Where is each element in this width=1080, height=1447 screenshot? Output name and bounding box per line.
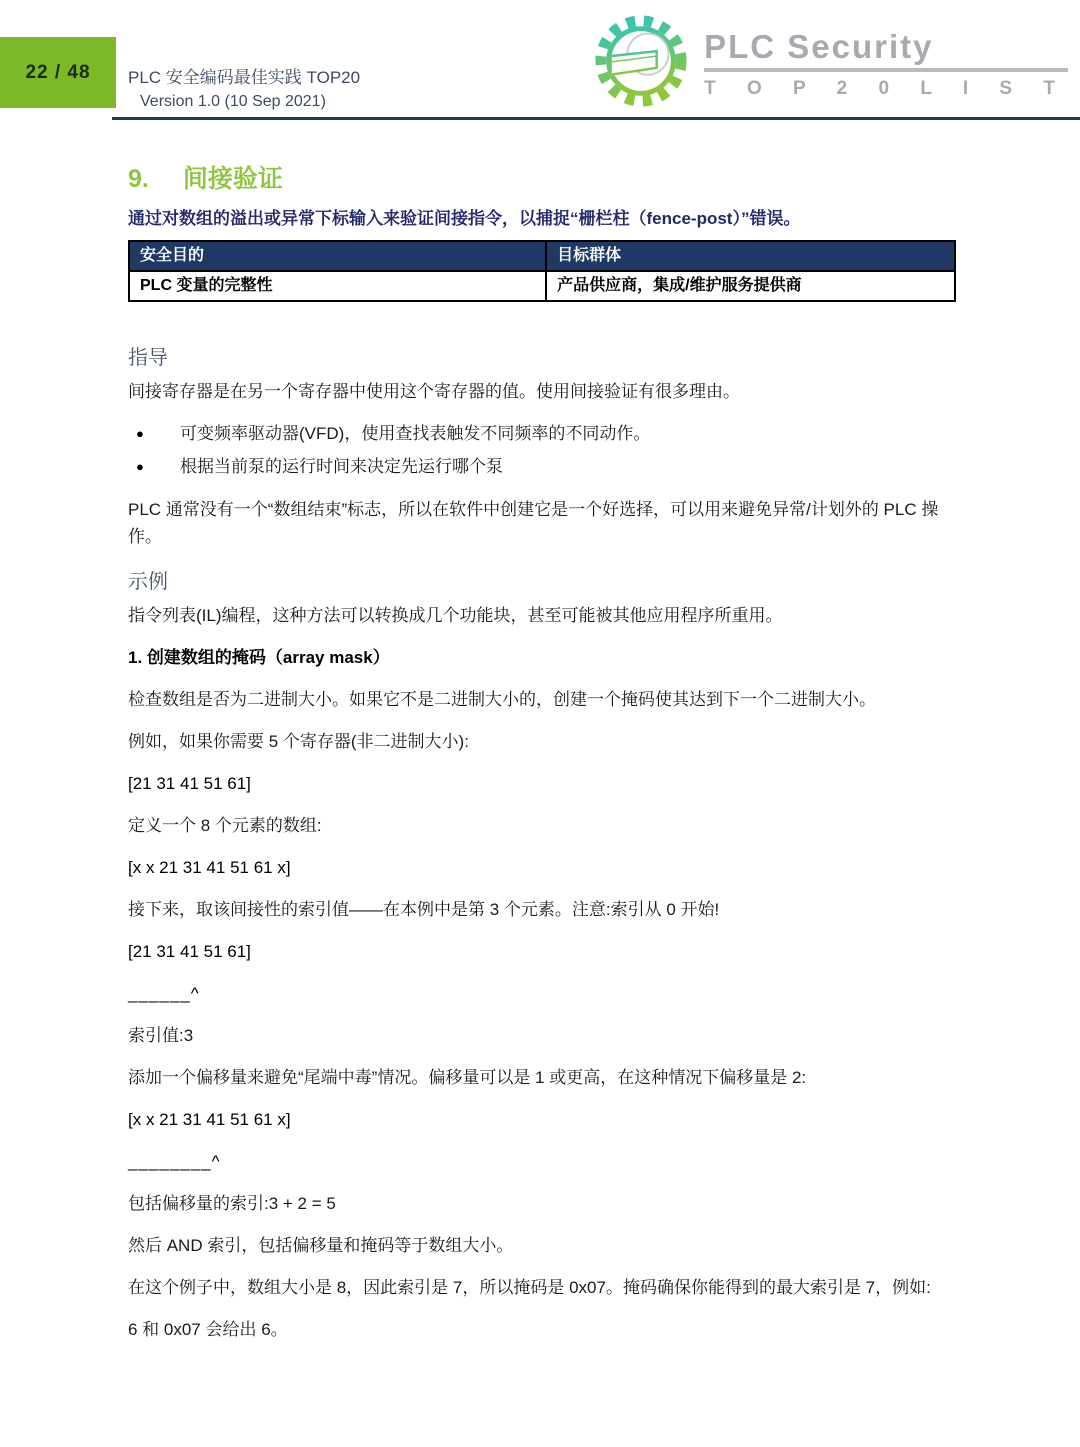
example-heading: 示例 (128, 568, 956, 596)
example-paragraph: 接下来，取该间接性的索引值——在本例中是第 3 个元素。注意:索引从 0 开始! (128, 896, 956, 923)
example-paragraph: 定义一个 8 个元素的数组: (128, 812, 956, 839)
array-literal: [x x 21 31 41 51 61 x] (128, 1106, 956, 1133)
table-header-audience: 目标群体 (546, 241, 955, 271)
section-number: 9. (128, 162, 149, 196)
header-titles: PLC 安全编码最佳实践 TOP20 Version 1.0 (10 Sep 2… (128, 66, 360, 114)
logo-title: PLC Security (704, 28, 1068, 72)
example-paragraph: 索引值:3 (128, 1022, 956, 1049)
example-paragraph: 然后 AND 索引，包括偏移量和掩码等于数组大小。 (128, 1232, 956, 1259)
guidance-bullet-list: ● 可变频率驱动器(VFD)，使用查找表触发不同频率的不同动作。 ● 根据当前泵… (128, 420, 956, 480)
array-literal: [x x 21 31 41 51 61 x] (128, 854, 956, 881)
guidance-heading: 指导 (128, 344, 956, 372)
gear-plc-icon (592, 12, 690, 115)
example-paragraph: 例如，如果你需要 5 个寄存器(非二进制大小): (128, 728, 956, 755)
section-title: 9. 间接验证 (128, 162, 956, 196)
array-literal: [21 31 41 51 61] (128, 770, 956, 797)
list-item: ● 根据当前泵的运行时间来决定先运行哪个泵 (128, 453, 956, 480)
example-paragraph: 检查数组是否为二进制大小。如果它不是二进制大小的，创建一个掩码使其达到下一个二进… (128, 686, 956, 713)
index-pointer-line: ________^ (128, 1148, 956, 1175)
array-literal: [21 31 41 51 61] (128, 938, 956, 965)
bullet-icon: ● (136, 453, 144, 480)
table-cell-audience: 产品供应商，集成/维护服务提供商 (546, 271, 955, 301)
document-title: PLC 安全编码最佳实践 TOP20 (128, 66, 360, 90)
header-divider (112, 117, 1080, 120)
list-item: ● 可变频率驱动器(VFD)，使用查找表触发不同频率的不同动作。 (128, 420, 956, 447)
page-number-badge: 22 / 48 (0, 37, 116, 108)
example-paragraph: 6 和 0x07 会给出 6。 (128, 1316, 956, 1343)
page-number-label: 22 / 48 (25, 62, 90, 84)
bullet-icon: ● (136, 420, 144, 447)
table-row: PLC 变量的完整性 产品供应商，集成/维护服务提供商 (129, 271, 955, 301)
guidance-intro: 间接寄存器是在另一个寄存器中使用这个寄存器的值。使用间接验证有很多理由。 (128, 378, 956, 405)
logo-text: PLC Security T O P 2 0 L I S T (704, 28, 1068, 100)
document-page: 22 / 48 PLC 安全编码最佳实践 TOP20 Version 1.0 (… (0, 0, 1080, 1447)
example-paragraph: 在这个例子中，数组大小是 8，因此索引是 7，所以掩码是 0x07。掩码确保你能… (128, 1274, 956, 1301)
section-summary: 通过对数组的溢出或异常下标输入来验证间接指令，以捕捉“栅栏柱（fence-pos… (128, 206, 956, 232)
bullet-text: 可变频率驱动器(VFD)，使用查找表触发不同频率的不同动作。 (180, 424, 650, 443)
example-paragraph: 添加一个偏移量来避免“尾端中毒”情况。偏移量可以是 1 或更高，在这种情况下偏移… (128, 1064, 956, 1091)
bullet-text: 根据当前泵的运行时间来决定先运行哪个泵 (180, 457, 503, 476)
index-pointer-line: ______^ (128, 980, 956, 1007)
plc-security-logo: PLC Security T O P 2 0 L I S T (592, 12, 1068, 115)
table-cell-objective: PLC 变量的完整性 (129, 271, 546, 301)
guidance-note: PLC 通常没有一个“数组结束”标志，所以在软件中创建它是一个好选择，可以用来避… (128, 496, 956, 550)
example-paragraph: 包括偏移量的索引:3 + 2 = 5 (128, 1190, 956, 1217)
table-header-row: 安全目的 目标群体 (129, 241, 955, 271)
example-step-title: 1. 创建数组的掩码（array mask） (128, 644, 956, 671)
document-version: Version 1.0 (10 Sep 2021) (128, 90, 360, 114)
objective-table: 安全目的 目标群体 PLC 变量的完整性 产品供应商，集成/维护服务提供商 (128, 240, 956, 302)
example-intro: 指令列表(IL)编程，这种方法可以转换成几个功能块，甚至可能被其他应用程序所重用… (128, 602, 956, 629)
section-title-text: 间接验证 (183, 162, 283, 196)
content-area: 9. 间接验证 通过对数组的溢出或异常下标输入来验证间接指令，以捕捉“栅栏柱（f… (128, 162, 956, 1358)
logo-subtitle: T O P 2 0 L I S T (704, 78, 1068, 100)
table-header-objective: 安全目的 (129, 241, 546, 271)
